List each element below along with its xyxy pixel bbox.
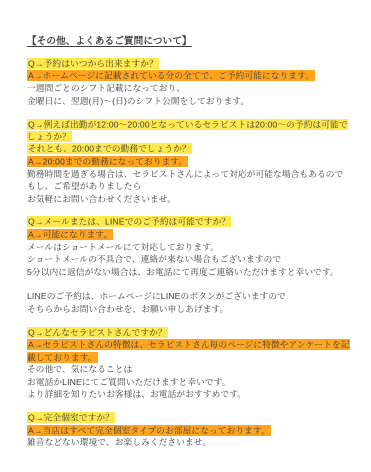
faq-list: Q→予約はいつから出来ますか？A→ホームページに記載されている分の全てで、ご予約… — [27, 58, 354, 449]
faq-item: Q→予約はいつから出来ますか？A→ホームページに記載されている分の全てで、ご予約… — [27, 58, 354, 108]
faq-answer-line: A→ホームページに記載されている分の全てで、ご予約可能になります。 — [27, 70, 354, 82]
faq-question-line-highlight: Q→予約はいつから出来ますか？ — [27, 58, 159, 69]
faq-question-line: Q→メールまたは、LINEでのご予約は可能ですか？ — [27, 216, 354, 228]
faq-question-line-highlight: Q→例えば出勤が12:00～20:00となっているセラピストは20:00～の予約… — [27, 119, 348, 142]
faq-question-line-highlight: Q→メールまたは、LINEでのご予約は可能ですか？ — [27, 216, 231, 227]
faq-question-line-highlight: それとも、20:00までの勤務でしょうか？ — [27, 143, 192, 154]
faq-question-line: Q→予約はいつから出来ますか？ — [27, 58, 354, 70]
blank-line — [27, 278, 354, 290]
faq-answer-line: A→セラピストさんの特徴は、セラピストさん毎のページに特徴やアンケートを記載して… — [27, 339, 354, 364]
faq-item: Q→完全個室ですか？A→当店はすべて完全個室タイプのお部屋になっております。雑音… — [27, 412, 354, 449]
faq-note-line: 一週間ごとのシフト記載になっており、 — [27, 82, 354, 94]
faq-answer-line: A→20:00までの勤務になっております。 — [27, 155, 354, 167]
faq-document-page: 【その他、よくあるご質問について】 Q→予約はいつから出来ますか？A→ホームペー… — [0, 0, 371, 472]
faq-question-line: それとも、20:00までの勤務でしょうか？ — [27, 143, 354, 155]
faq-note-line: 勤務時間を過ぎる場合は、セラピストさんによって対応が可能な場合もあるので — [27, 168, 354, 180]
faq-note-line: そちらからお問い合わせを、お願い申しあげます。 — [27, 303, 354, 315]
faq-question-line-highlight: Q→どんなセラピストさんですか？ — [27, 327, 168, 338]
faq-answer-line-highlight: A→20:00までの勤務になっております。 — [27, 156, 188, 167]
page-title: 【その他、よくあるご質問について】 — [27, 36, 354, 49]
faq-item: Q→メールまたは、LINEでのご予約は可能ですか？A→可能になります。メールはシ… — [27, 216, 354, 315]
faq-question-line: Q→完全個室ですか？ — [27, 412, 354, 424]
faq-item: Q→例えば出勤が12:00～20:00となっているセラピストは20:00～の予約… — [27, 118, 354, 205]
faq-answer-line: A→当店はすべて完全個室タイプのお部屋になっております。 — [27, 424, 354, 436]
faq-note-line: メールはショートメールにて対応しております。 — [27, 241, 354, 253]
faq-note-line: LINEのご予約は、ホームページにLINEのボタンがございますので — [27, 290, 354, 302]
faq-answer-line-highlight: A→ホームページに記載されている分の全てで、ご予約可能になります。 — [27, 70, 315, 81]
faq-answer-line-highlight: A→当店はすべて完全個室タイプのお部屋になっております。 — [27, 425, 271, 436]
faq-item: Q→どんなセラピストさんですか？A→セラピストさんの特徴は、セラピストさん毎のペ… — [27, 326, 354, 400]
faq-question-line: Q→どんなセラピストさんですか？ — [27, 326, 354, 338]
faq-note-line: 雑音などない環境で、お楽しみくださいませ。 — [27, 436, 354, 448]
faq-note-line: 5分以内に返信がない場合は、お電話にて再度ご連絡いただけますと幸いです。 — [27, 266, 354, 278]
faq-note-line: より詳細を知りたいお客様は、お電話がおすすめです。 — [27, 388, 354, 400]
faq-answer-line-highlight: A→可能になります。 — [27, 229, 113, 240]
faq-note-line: その他で、気になることは — [27, 363, 354, 375]
faq-note-line: お電話かLINEにてご質問いただけますと幸いです。 — [27, 376, 354, 388]
faq-note-line: 金曜日に、翌週(月)～(日)のシフト公開をしております。 — [27, 95, 354, 107]
faq-question-line: Q→例えば出勤が12:00～20:00となっているセラピストは20:00～の予約… — [27, 118, 354, 143]
faq-note-line: もし、ご希望がありましたら — [27, 180, 354, 192]
faq-note-line: お気軽にお問い合わせくださいませ。 — [27, 193, 354, 205]
faq-answer-line: A→可能になります。 — [27, 228, 354, 240]
faq-answer-line-highlight: A→セラピストさんの特徴は、セラピストさん毎のページに特徴やアンケートを記載して… — [27, 339, 350, 362]
faq-note-line: ショートメールの不具合で、連絡が来ない場合もございますので — [27, 253, 354, 265]
faq-question-line-highlight: Q→完全個室ですか？ — [27, 412, 115, 423]
